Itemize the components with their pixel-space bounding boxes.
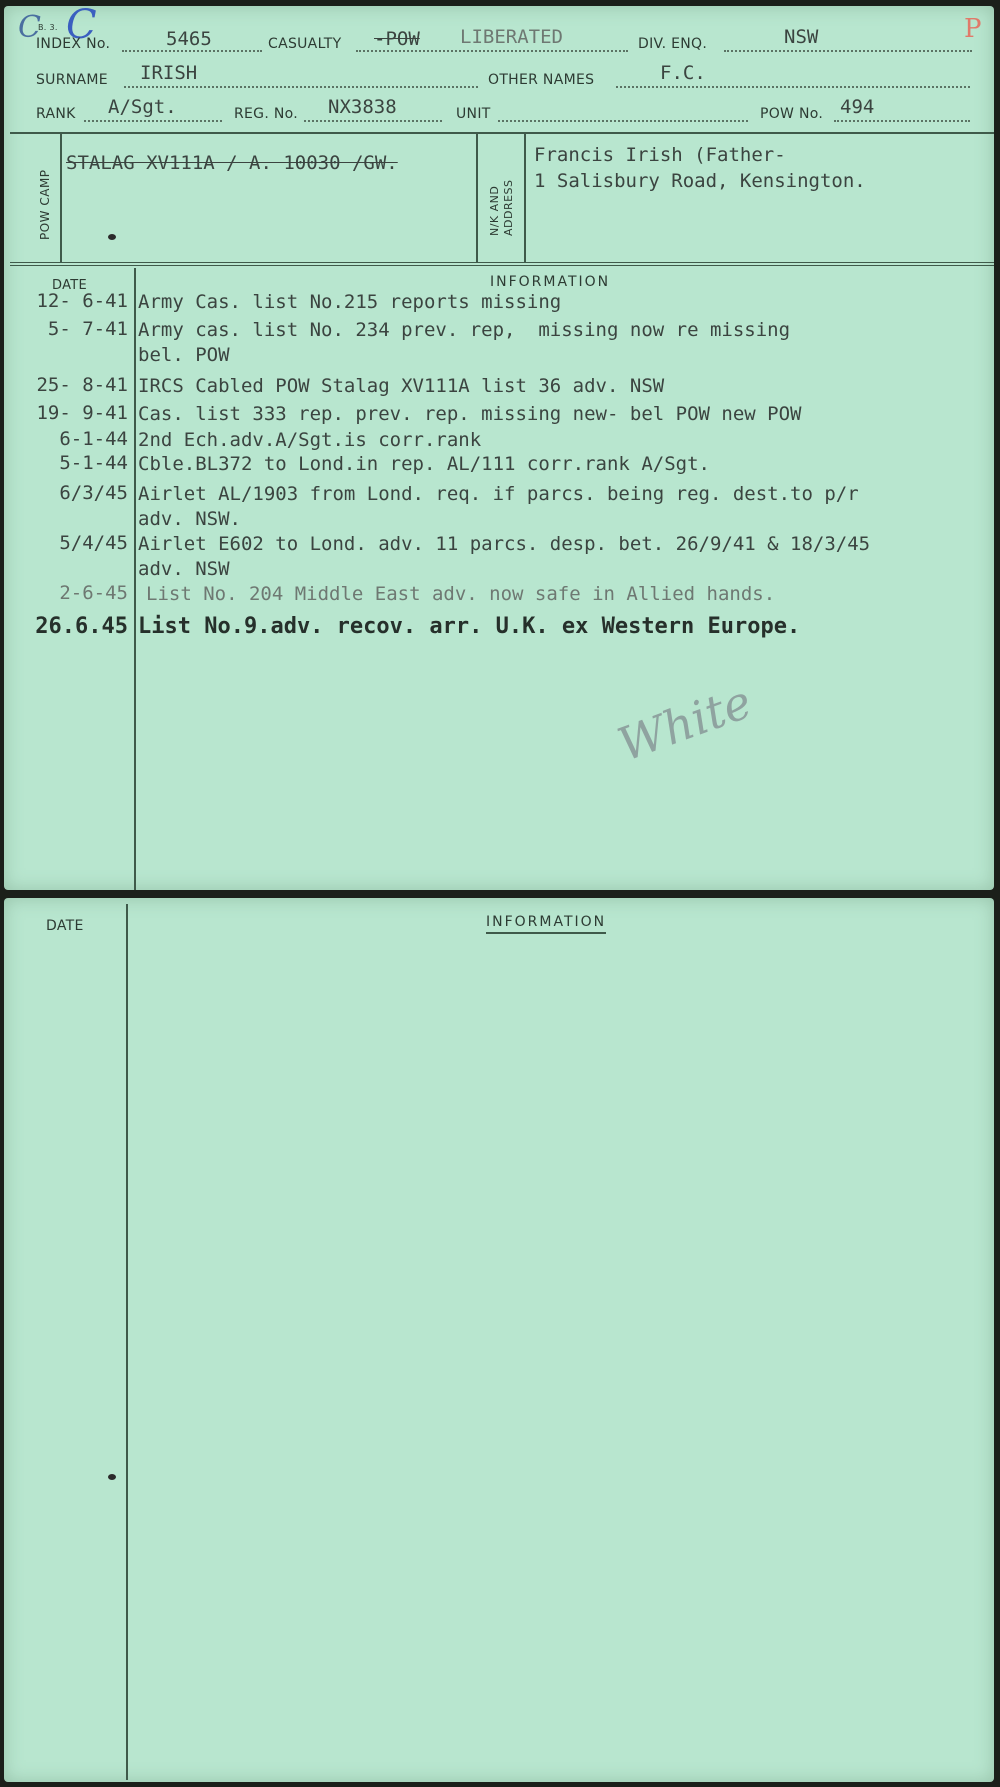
other-names-value: F.C. xyxy=(660,62,706,84)
entry-information: List No.9.adv. recov. arr. U.K. ex Weste… xyxy=(138,614,800,639)
surname-value: IRISH xyxy=(140,62,197,84)
entry-information-line: adv. NSW xyxy=(138,557,870,582)
entry-information: Airlet E602 to Lond. adv. 11 parcs. desp… xyxy=(138,532,870,582)
entry-date: 5-1-44 xyxy=(59,452,128,474)
index-no-value: 5465 xyxy=(166,28,212,50)
div-enq-label: DIV. ENQ. xyxy=(638,36,707,52)
div-enq-value: NSW xyxy=(784,26,818,48)
rank-label: RANK xyxy=(36,106,76,122)
ink-blot xyxy=(108,1474,116,1480)
entry-information-line: Army cas. list No. 234 prev. rep, missin… xyxy=(138,318,790,343)
pow-no-label: POW No. xyxy=(760,106,823,122)
entry-date: 6/3/45 xyxy=(59,482,128,504)
entry-date: 6-1-44 xyxy=(59,428,128,450)
back-date-header: DATE xyxy=(46,918,84,934)
reg-no-value: NX3838 xyxy=(328,96,397,118)
surname-label: SURNAME xyxy=(36,72,108,88)
entry-information-line: 2nd Ech.adv.A/Sgt.is corr.rank xyxy=(138,428,481,453)
entry-information-line: Army Cas. list No.215 reports missing xyxy=(138,290,561,315)
entry-information: Cas. list 333 rep. prev. rep. missing ne… xyxy=(138,402,801,427)
ink-blot xyxy=(108,234,116,240)
casualty-struck-value: -POW xyxy=(374,28,420,50)
entry-information: Airlet AL/1903 from Lond. req. if parcs.… xyxy=(138,482,859,532)
entry-information: List No. 204 Middle East adv. now safe i… xyxy=(146,582,775,607)
pow-camp-label: POW CAMP xyxy=(38,169,52,240)
pow-no-value: 494 xyxy=(840,96,874,118)
unit-label: UNIT xyxy=(456,106,491,122)
record-card-front: C B. 3. C P INDEX No. 5465 CASUALTY -POW… xyxy=(4,6,994,890)
other-names-label: OTHER NAMES xyxy=(488,72,594,88)
back-information-header: INFORMATION xyxy=(486,914,606,934)
entry-information: IRCS Cabled POW Stalag XV111A list 36 ad… xyxy=(138,374,664,399)
entry-date: 12- 6-41 xyxy=(36,290,128,312)
nk-label: N/K AND xyxy=(488,186,501,236)
entry-information-line: Airlet E602 to Lond. adv. 11 parcs. desp… xyxy=(138,532,870,557)
entry-date: 26.6.45 xyxy=(35,614,128,639)
entry-information-line: List No.9.adv. recov. arr. U.K. ex Weste… xyxy=(138,614,800,639)
pow-camp-value: STALAG XV111A / A. 10030 /GW. xyxy=(66,152,398,174)
reg-no-label: REG. No. xyxy=(234,106,298,122)
entry-information-line: Cble.BL372 to Lond.in rep. AL/111 corr.r… xyxy=(138,452,710,477)
entry-information: 2nd Ech.adv.A/Sgt.is corr.rank xyxy=(138,428,481,453)
address-label: ADDRESS xyxy=(502,179,515,236)
red-mark-p: P xyxy=(964,14,982,44)
entry-information: Army cas. list No. 234 prev. rep, missin… xyxy=(138,318,790,368)
handwritten-note: White xyxy=(611,674,759,772)
index-no-label: INDEX No. xyxy=(36,36,110,52)
nk-address-line-1: Francis Irish (Father- xyxy=(534,144,786,166)
nk-address-line-2: 1 Salisbury Road, Kensington. xyxy=(534,170,866,192)
casualty-label: CASUALTY xyxy=(268,36,341,52)
entry-information: Cble.BL372 to Lond.in rep. AL/111 corr.r… xyxy=(138,452,710,477)
rank-value: A/Sgt. xyxy=(108,96,177,118)
entry-information-line: Airlet AL/1903 from Lond. req. if parcs.… xyxy=(138,482,859,507)
entry-information-line: adv. NSW. xyxy=(138,507,859,532)
entry-date: 25- 8-41 xyxy=(36,374,128,396)
entry-information-line: IRCS Cabled POW Stalag XV111A list 36 ad… xyxy=(138,374,664,399)
entry-information: Army Cas. list No.215 reports missing xyxy=(138,290,561,315)
entry-date: 19- 9-41 xyxy=(36,402,128,424)
entry-date: 2-6-45 xyxy=(59,582,128,604)
form-code: B. 3. xyxy=(38,23,58,32)
information-header: INFORMATION xyxy=(490,274,610,290)
entry-information-line: bel. POW xyxy=(138,343,790,368)
entry-date: 5- 7-41 xyxy=(48,318,128,340)
casualty-value: LIBERATED xyxy=(460,26,563,48)
entry-date: 5/4/45 xyxy=(59,532,128,554)
entry-information-line: Cas. list 333 rep. prev. rep. missing ne… xyxy=(138,402,801,427)
record-card-back: DATE INFORMATION xyxy=(4,898,994,1782)
entry-information-line: List No. 204 Middle East adv. now safe i… xyxy=(146,582,775,607)
